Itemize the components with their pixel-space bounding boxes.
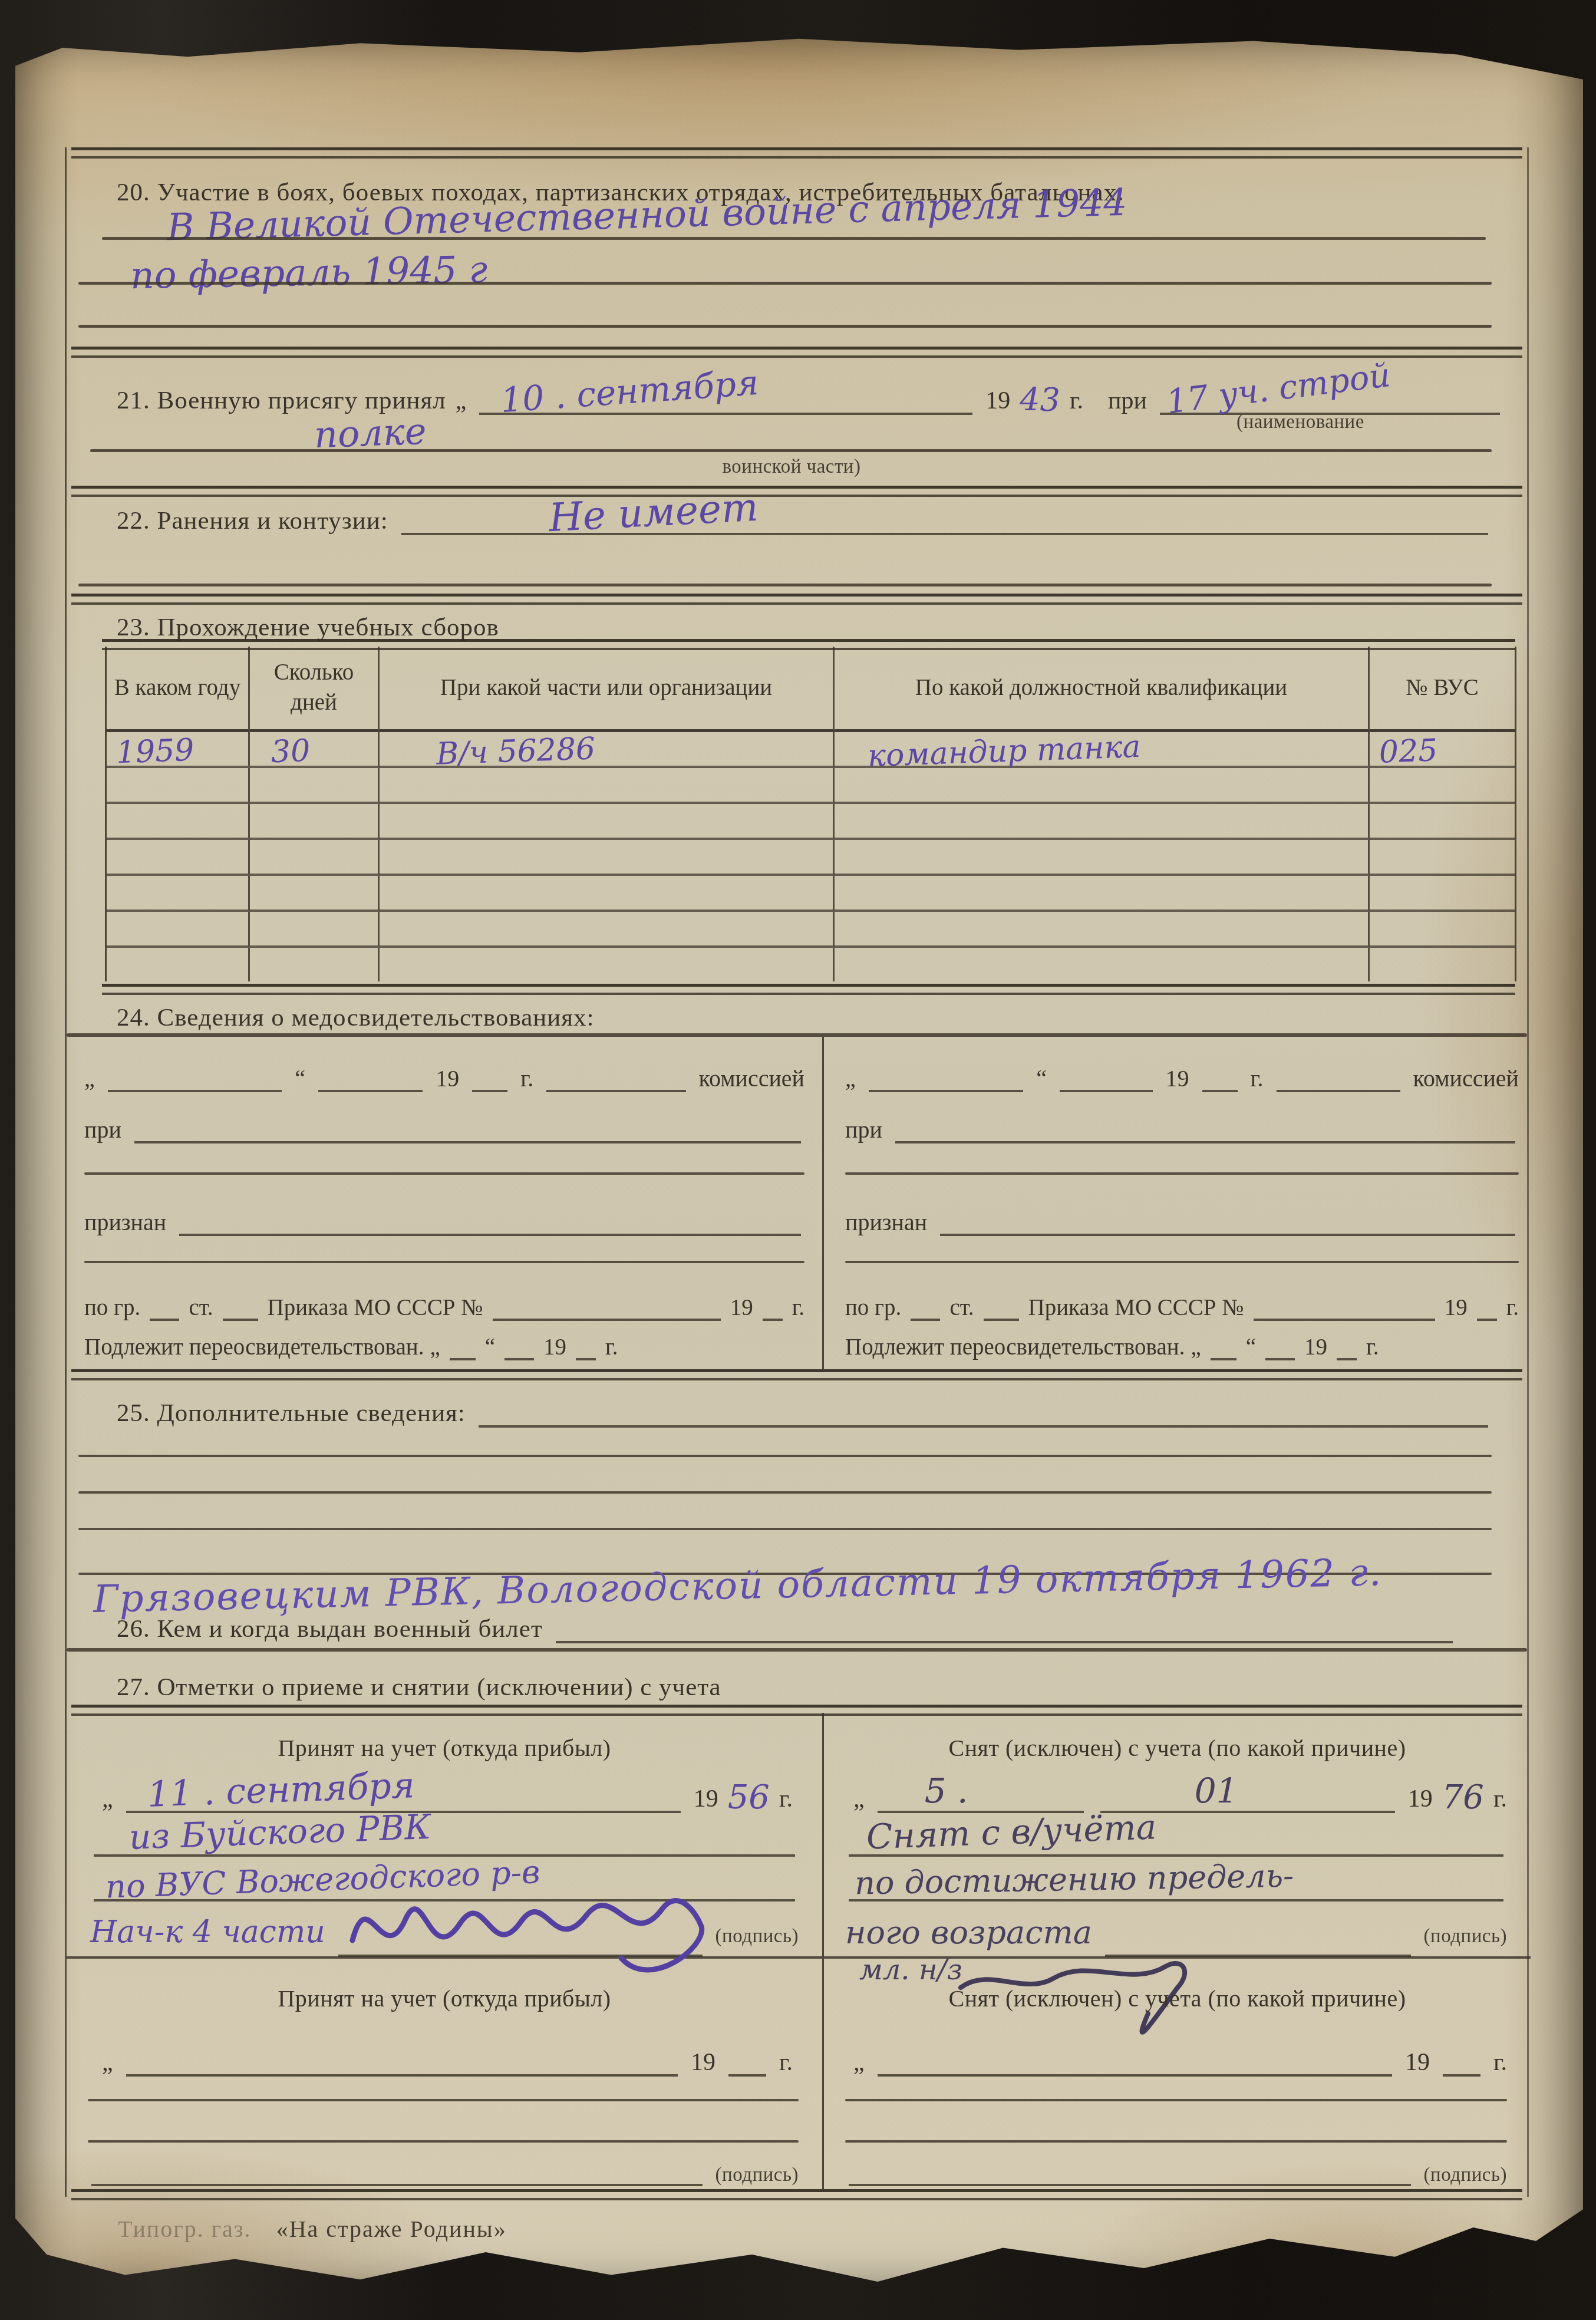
wounds-blank: Не имеет <box>401 526 1488 535</box>
remove-year-handwriting: 76 <box>1442 1778 1484 1817</box>
med-reexam-row: Подлежит переосвидетельствован. „“ 19 г. <box>84 1334 804 1360</box>
oath-date-handwriting: 10 . сентября <box>500 362 760 420</box>
accept-signature-row: Нач-к 4 части (подпись) <box>90 1912 799 1957</box>
table-cell <box>250 768 380 804</box>
remove-cell-1: Снят (исключен) с учета (по какой причин… <box>824 1713 1531 1959</box>
paper-sheet: 20. Участие в боях, боевых походах, парт… <box>15 34 1583 2295</box>
training-camps-table: В каком году Сколько дней При какой част… <box>105 647 1516 981</box>
table-cell <box>835 840 1370 876</box>
remove-cell-2: Снят (исключен) с учета (по какой причин… <box>824 1959 1531 2189</box>
ruled-line <box>88 2140 799 2143</box>
table-cell <box>380 876 835 912</box>
ruled-line <box>102 237 1486 240</box>
form-frame: 20. Участие в боях, боевых походах, парт… <box>65 147 1529 2197</box>
accept-date-row: „ 11 . сентября 19 56 г. <box>102 1782 793 1813</box>
med-date-row: „“ 19 г. комиссией <box>84 1065 804 1092</box>
table-cell <box>250 912 380 948</box>
divider <box>71 147 1522 159</box>
med-priznan-row: признан <box>84 1209 804 1236</box>
oath-date-blank: 10 . сентября <box>479 406 972 415</box>
med-order-row: по гр. ст. Приказа МО СССР № 19г. <box>84 1295 804 1321</box>
accept-date-handwriting: 11 . сентября <box>147 1765 416 1815</box>
ruled-line <box>67 1648 1527 1652</box>
med-priznan-row: признан <box>845 1209 1519 1236</box>
table-cell <box>380 768 835 804</box>
remove-line-3: по достижению предель- <box>845 1871 1507 1902</box>
divider <box>102 984 1515 995</box>
commission-label: комиссией <box>699 1065 804 1092</box>
year-prefix: 19 <box>985 387 1010 415</box>
cell-qualification-value: командир танка <box>867 729 1141 774</box>
col-header-vus: № ВУС <box>1370 647 1515 732</box>
accept-cell-1: Принят на учет (откуда прибыл) „ 11 . се… <box>67 1713 824 1959</box>
ruled-line <box>78 282 1492 285</box>
remove-header: Снят (исключен) с учета (по какой причин… <box>824 1734 1531 1762</box>
podpis-label: (подпись) <box>715 1926 799 1947</box>
table-cell <box>380 912 835 948</box>
table-cell <box>835 948 1370 981</box>
issuer-blank <box>556 1634 1453 1643</box>
table-cell <box>107 804 250 840</box>
oath-year-handwriting: 43 <box>1020 381 1060 418</box>
podpis-label: (подпись) <box>1424 2164 1508 2186</box>
cell-days-value: 30 <box>271 733 311 770</box>
table-cell <box>835 768 1370 804</box>
table-cell: В/ч 56286 <box>380 732 835 768</box>
table-cell <box>250 804 380 840</box>
blank-signature-row: (подпись) <box>845 2158 1507 2186</box>
table-cell: командир танка <box>835 732 1370 768</box>
remove-date-row: „ 5 . 01 19 76 г. <box>853 1782 1507 1813</box>
ruled-line <box>88 2099 799 2101</box>
table-cell <box>1370 876 1515 912</box>
cell-year-value: 1959 <box>116 733 194 771</box>
medical-exams-grid: „“ 19 г. комиссией при признан по гр. ст… <box>67 1037 1531 1369</box>
section-20-handwriting-line2: по февраль 1945 г <box>130 248 488 298</box>
table-cell <box>1370 912 1515 948</box>
section-26-row: 26. Кем и когда выдан военный билет <box>117 1614 1456 1643</box>
ruled-line <box>84 1261 804 1263</box>
medical-exam-right: „“ 19 г. комиссией при признан по гр. ст… <box>824 1037 1531 1369</box>
accept-cell-2: Принят на учет (откуда прибыл) „ 19 г. (… <box>67 1959 824 2189</box>
table-cell: 30 <box>250 732 380 768</box>
ruled-line <box>845 2099 1507 2101</box>
table-cell <box>1370 948 1515 981</box>
ruled-line <box>84 1172 804 1175</box>
remove-header: Снят (исключен) с учета (по какой причин… <box>824 1985 1531 2012</box>
remove-reason-handwriting-3: ного возраста <box>845 1914 1092 1951</box>
ruled-line <box>78 1528 1492 1530</box>
section-25-row: 25. Дополнительные сведения: <box>117 1397 1492 1428</box>
blank-signature-row: (подпись) <box>88 2158 799 2186</box>
col-header-year: В каком году <box>107 647 250 732</box>
remove-signature-row: ного возраста (подпись) <box>845 1912 1507 1957</box>
section-23-label: 23. Прохождение учебных сборов <box>117 613 499 642</box>
print-shop-imprint: Типогр. газ. «На страже Родины» <box>118 2215 507 2243</box>
table-cell <box>380 804 835 840</box>
scanned-military-id-page: { "page": { "footer_prefix": "Типогр. га… <box>0 0 1596 2320</box>
section-27-label: 27. Отметки о приеме и снятии (исключени… <box>117 1673 721 1702</box>
remove-line-2: Снят с в/учёта <box>845 1826 1507 1857</box>
table-cell <box>250 876 380 912</box>
table-cell <box>107 948 250 981</box>
blank-date-row: „ 19 г. <box>102 2046 793 2077</box>
section-21-row: 21. Военную присягу принял „ 10 . сентяб… <box>117 367 1503 415</box>
table-cell <box>835 804 1370 840</box>
commission-label: комиссией <box>1413 1065 1519 1092</box>
table-cell <box>1370 804 1515 840</box>
table-cell <box>1370 768 1515 804</box>
ruled-line <box>78 325 1492 328</box>
accept-header: Принят на учет (откуда прибыл) <box>67 1985 822 2012</box>
divider <box>71 347 1522 358</box>
accept-vus-handwriting: по ВУС Вожегодского р-в <box>105 1853 540 1906</box>
year-suffix: г. <box>1070 387 1083 415</box>
ruled-line <box>78 584 1492 586</box>
ruled-line <box>90 449 1492 452</box>
med-pri-row: при <box>845 1116 1519 1143</box>
remove-reason-handwriting-1: Снят с в/учёта <box>866 1807 1157 1857</box>
table-cell <box>1370 840 1515 876</box>
accept-line-3: по ВУС Вожегодского р-в <box>90 1871 799 1902</box>
table-cell <box>380 840 835 876</box>
medical-exam-left: „“ 19 г. комиссией при признан по гр. ст… <box>67 1037 824 1369</box>
section-26-label: 26. Кем и когда выдан военный билет <box>117 1614 543 1643</box>
table-cell <box>380 948 835 981</box>
imprint-prefix: Типогр. газ. <box>118 2216 252 2242</box>
section-22-row: 22. Ранения и контузии: Не имеет <box>117 501 1492 535</box>
section-26-handwriting: Грязовецким РВК, Вологодской области 19 … <box>93 1551 1382 1622</box>
table-cell <box>107 768 250 804</box>
col-header-days: Сколько дней <box>250 647 380 732</box>
divider <box>71 1369 1522 1380</box>
ruled-line <box>78 1455 1492 1457</box>
podpis-label: (подпись) <box>1424 1926 1508 1947</box>
med-date-row: „“ 19 г. комиссией <box>845 1065 1519 1092</box>
divider <box>71 2189 1522 2200</box>
podpis-label: (подпись) <box>715 2164 799 2186</box>
col-header-qualification: По какой должностной квалификации <box>835 647 1370 732</box>
section-22-label: 22. Ранения и контузии: <box>117 506 388 535</box>
ruled-line <box>845 2140 1507 2143</box>
blank-date-row: „ 19 г. <box>853 2046 1507 2077</box>
registration-table: Принят на учет (откуда прибыл) „ 11 . се… <box>67 1713 1531 2189</box>
ruled-line <box>845 1172 1519 1175</box>
cell-vus-value: 025 <box>1379 733 1438 770</box>
accept-header: Принят на учет (откуда прибыл) <box>67 1734 822 1762</box>
remove-month-handwriting: 01 <box>1195 1771 1238 1811</box>
divider <box>71 486 1522 497</box>
accept-year-handwriting: 56 <box>728 1778 770 1817</box>
open-quote: „ <box>456 387 467 415</box>
ruled-line <box>78 1491 1492 1494</box>
ruled-line <box>845 1261 1519 1263</box>
accept-line-2: из Буйского РВК <box>90 1826 799 1857</box>
table-cell: 1959 <box>107 732 250 768</box>
table-cell <box>835 912 1370 948</box>
table-cell <box>250 948 380 981</box>
section-25-label: 25. Дополнительные сведения: <box>117 1399 466 1428</box>
med-order-row: по гр. ст. Приказа МО СССР № 19г. <box>845 1295 1519 1321</box>
table-cell <box>107 876 250 912</box>
accept-officer-handwriting: Нач-к 4 части <box>90 1914 325 1950</box>
section-24-label: 24. Сведения о медосвидетельствованиях: <box>117 1003 594 1032</box>
med-reexam-row: Подлежит переосвидетельствован. „“ 19 г. <box>845 1334 1519 1360</box>
col-header-unit: При какой части или организации <box>380 647 835 732</box>
unit-hint-top: (наименование <box>1236 411 1364 433</box>
unit-hint-bottom: воинской части) <box>668 456 915 478</box>
table-cell <box>250 840 380 876</box>
newspaper-title: «На страже Родины» <box>276 2216 507 2242</box>
cell-unit-value: В/ч 56286 <box>436 731 596 772</box>
remove-day-handwriting: 5 . <box>925 1771 968 1811</box>
remove-reason-handwriting-2: по достижению предель- <box>855 1857 1294 1902</box>
table-cell <box>107 912 250 948</box>
table-cell: 025 <box>1370 732 1515 768</box>
pri-label: при <box>1108 387 1147 415</box>
divider <box>71 594 1522 605</box>
table-cell <box>107 840 250 876</box>
notes-blank <box>479 1418 1488 1428</box>
table-cell <box>835 876 1370 912</box>
med-pri-row: при <box>84 1116 804 1143</box>
